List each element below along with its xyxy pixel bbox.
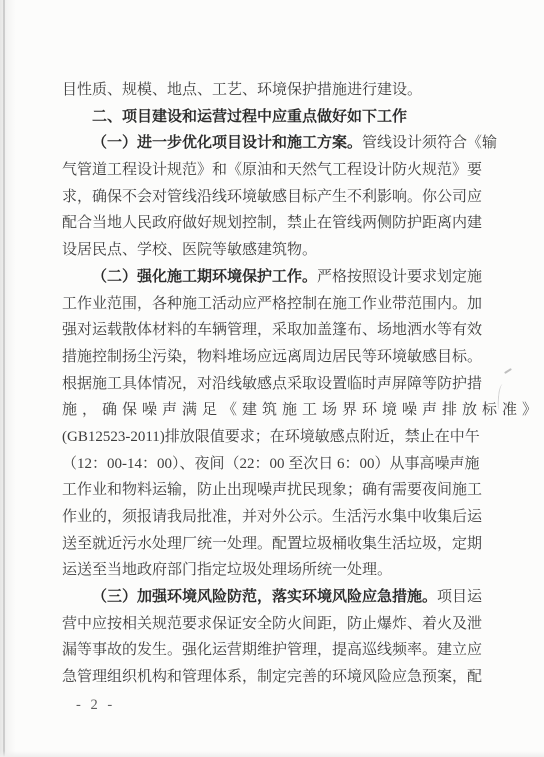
text-line: 漏等事故的发生。强化运营期维护管理，提高巡线频率。建立应 (62, 637, 486, 664)
text-line: 强对运载散体材料的车辆管理，采取加盖篷布、场地洒水等有效 (62, 317, 486, 344)
body-text: 强对运载散体材料的车辆管理，采取加盖篷布、场地洒水等有效 (62, 322, 482, 338)
body-text: 管线设计须符合《输 (362, 135, 497, 151)
text-line: （二）强化施工期环境保护工作。严格按照设计要求划定施 (62, 264, 486, 291)
body-text: 工作业范围，各种施工活动应严格控制在施工作业带范围内。加 (62, 296, 482, 312)
text-line: 措施控制扬尘污染，物料堆场应远离周边居民等环境敏感目标。 (62, 344, 486, 371)
body-text: 求，确保不会对管线沿线环境敏感目标产生不利影响。你公司应 (62, 189, 482, 205)
body-text: 措施控制扬尘污染，物料堆场应远离周边居民等环境敏感目标。 (62, 349, 482, 365)
body-text: （12：00-14：00）、夜间（22：00 至次日 6：00）从事高噪声施 (62, 456, 480, 472)
heading-text: （二）强化施工期环境保护工作。 (92, 269, 317, 285)
text-line: 工作业范围，各种施工活动应严格控制在施工作业带范围内。加 (62, 291, 486, 318)
text-line: （12：00-14：00）、夜间（22：00 至次日 6：00）从事高噪声施 (62, 451, 486, 478)
text-line: （一）进一步优化项目设计和施工方案。管线设计须符合《输 (62, 130, 486, 157)
heading-text: （一）进一步优化项目设计和施工方案。 (92, 135, 362, 151)
body-text: (GB12523-2011)排放限值要求；在环境敏感点附近，禁止在中午 (62, 429, 480, 445)
body-text: 项目运 (437, 589, 482, 605)
body-text: 根据施工具体情况，对沿线敏感点采取设置临时声屏障等防护措 (62, 376, 482, 392)
text-line: 运送至当地政府部门指定垃圾处理场所统一处理。 (62, 557, 486, 584)
scan-edge-bottom (0, 751, 544, 757)
body-text: 目性质、规模、地点、工艺、环境保护措施进行建设。 (62, 82, 422, 98)
text-line: （三）加强环境风险防范，落实环境风险应急措施。项目运 (62, 584, 486, 611)
page-number: - 2 - (76, 697, 115, 714)
text-line: 二、项目建设和运营过程中应重点做好如下工作 (62, 104, 486, 131)
text-line: 配合当地人民政府做好规划控制，禁止在管线两侧防护距离内建 (62, 210, 486, 237)
body-text: 设居民点、学校、医院等敏感建筑物。 (62, 242, 317, 258)
body-text: 作业的，须报请我局批准，并对外公示。生活污水集中收集后运 (62, 509, 482, 525)
body-text: 运送至当地政府部门指定垃圾处理场所统一处理。 (62, 562, 392, 578)
text-line: 求，确保不会对管线沿线环境敏感目标产生不利影响。你公司应 (62, 184, 486, 211)
text-line: (GB12523-2011)排放限值要求；在环境敏感点附近，禁止在中午 (62, 424, 486, 451)
body-text: 营中应按相关规范要求保证安全防火间距，防止爆炸、着火及泄 (62, 616, 482, 632)
text-block: 目性质、规模、地点、工艺、环境保护措施进行建设。二、项目建设和运营过程中应重点做… (62, 77, 486, 691)
scan-edge-line (3, 0, 5, 757)
heading-text: 二、项目建设和运营过程中应重点做好如下工作 (92, 109, 407, 125)
body-text: 送至就近污水处理厂统一处理。配置垃圾桶收集生活垃圾，定期 (62, 536, 482, 552)
body-text: 气管道工程设计规范》和《原油和天然气工程设计防火规范》要 (62, 162, 482, 178)
body-text: 工作业和物料运输，防止出现噪声扰民现象；确有需要夜间施工 (62, 482, 482, 498)
text-line: 目性质、规模、地点、工艺、环境保护措施进行建设。 (62, 77, 486, 104)
text-line: 施，确保噪声满足《建筑施工场界环境噪声排放标准》 (62, 397, 486, 424)
text-line: 设居民点、学校、医院等敏感建筑物。 (62, 237, 486, 264)
body-text: 配合当地人民政府做好规划控制，禁止在管线两侧防护距离内建 (62, 215, 482, 231)
document-page: 目性质、规模、地点、工艺、环境保护措施进行建设。二、项目建设和运营过程中应重点做… (0, 0, 544, 757)
text-line: 急管理组织机构和管理体系，制定完善的环境风险应急预案，配 (62, 664, 486, 691)
text-line: 营中应按相关规范要求保证安全防火间距，防止爆炸、着火及泄 (62, 611, 486, 638)
heading-text: （三）加强环境风险防范，落实环境风险应急措施。 (92, 589, 437, 605)
text-line: 工作业和物料运输，防止出现噪声扰民现象；确有需要夜间施工 (62, 477, 486, 504)
body-text: 施，确保噪声满足《建筑施工场界环境噪声排放标准》 (62, 402, 542, 418)
body-text: 漏等事故的发生。强化运营期维护管理，提高巡线频率。建立应 (62, 642, 482, 658)
body-text: 严格按照设计要求划定施 (317, 269, 482, 285)
text-line: 送至就近污水处理厂统一处理。配置垃圾桶收集生活垃圾，定期 (62, 531, 486, 558)
text-line: 根据施工具体情况，对沿线敏感点采取设置临时声屏障等防护措 (62, 371, 486, 398)
body-text: 急管理组织机构和管理体系，制定完善的环境风险应急预案，配 (62, 669, 482, 685)
text-line: 作业的，须报请我局批准，并对外公示。生活污水集中收集后运 (62, 504, 486, 531)
pen-mark-icon (504, 368, 512, 374)
text-line: 气管道工程设计规范》和《原油和天然气工程设计防火规范》要 (62, 157, 486, 184)
